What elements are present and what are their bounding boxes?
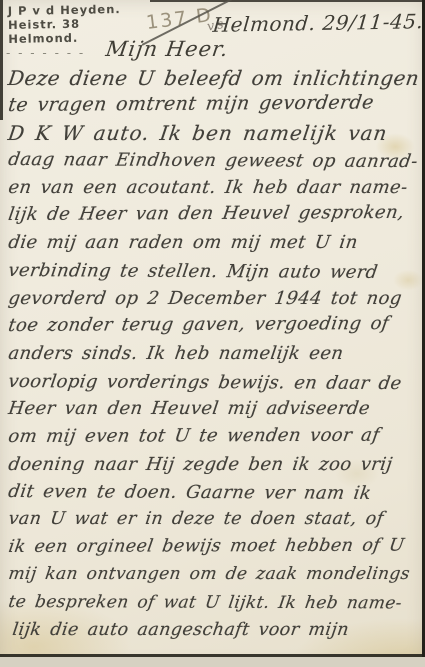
scan-margin-strip <box>0 657 425 667</box>
letter-line: ik een orgineel bewijs moet hebben of U <box>6 535 424 564</box>
letter-line: van U wat er in deze te doen staat, of <box>6 509 423 537</box>
letter-line: toe zonder terug gaven, vergoeding of <box>6 313 424 343</box>
scan-edge-left <box>0 0 3 120</box>
letter-line: Deze diene U beleefd om inlichtingen <box>6 66 423 94</box>
sender-underline-dashes: - - - - - - - <box>6 46 85 60</box>
sender-address-block: J P v d Heyden. Heistr. 38 Helmond. <box>8 2 122 46</box>
letter-line: die mij aan raden om mij met U in <box>6 232 423 260</box>
letter-line: doening naar Hij zegde ben ik zoo vrij <box>6 454 423 482</box>
letter-line: en van een acoutant. Ik heb daar name- <box>6 177 423 205</box>
letter-line: te vragen omtrent mijn gevorderde <box>6 91 423 122</box>
place-dateline: Helmond. 29/11-45. <box>212 9 425 37</box>
letter-body: Deze diene U beleefd om inlichtingen te … <box>8 66 421 647</box>
letter-line: Heer van den Heuvel mij adviseerde <box>6 398 423 426</box>
letter-line: voorlopig vorderings bewijs. en daar de <box>6 371 423 401</box>
letter-line: lijk de Heer van den Heuvel gesproken, <box>6 202 424 232</box>
scan-edge-top <box>150 0 425 2</box>
letter-line: daag naar Eindhoven geweest op aanrad- <box>6 149 423 179</box>
letter-line: gevorderd op 2 December 1944 tot nog <box>6 288 423 316</box>
letter-page: J P v d Heyden. Heistr. 38 Helmond. - - … <box>0 0 425 667</box>
letter-line: om mij even tot U te wenden voor af <box>6 424 424 453</box>
letter-line: anders sinds. Ik heb namelijk een <box>6 343 423 371</box>
sender-city: Helmond. <box>8 30 121 46</box>
letter-line: mij kan ontvangen om de zaak mondelings <box>6 564 423 592</box>
letter-line: dit even te doen. Gaarne ver nam ik <box>6 481 423 511</box>
letter-line: te bespreken of wat U lijkt. Ik heb name… <box>6 592 423 621</box>
letter-line: lijk die auto aangeschaft voor mijn <box>6 620 423 648</box>
archive-number-pencil: 137 D <box>145 4 214 34</box>
letter-line: D K W auto. Ik ben namelijk van <box>6 121 423 149</box>
sender-name: J P v d Heyden. <box>8 2 121 18</box>
salutation: Mijn Heer. <box>104 37 230 61</box>
letter-line: verbinding te stellen. Mijn auto werd <box>6 260 423 290</box>
